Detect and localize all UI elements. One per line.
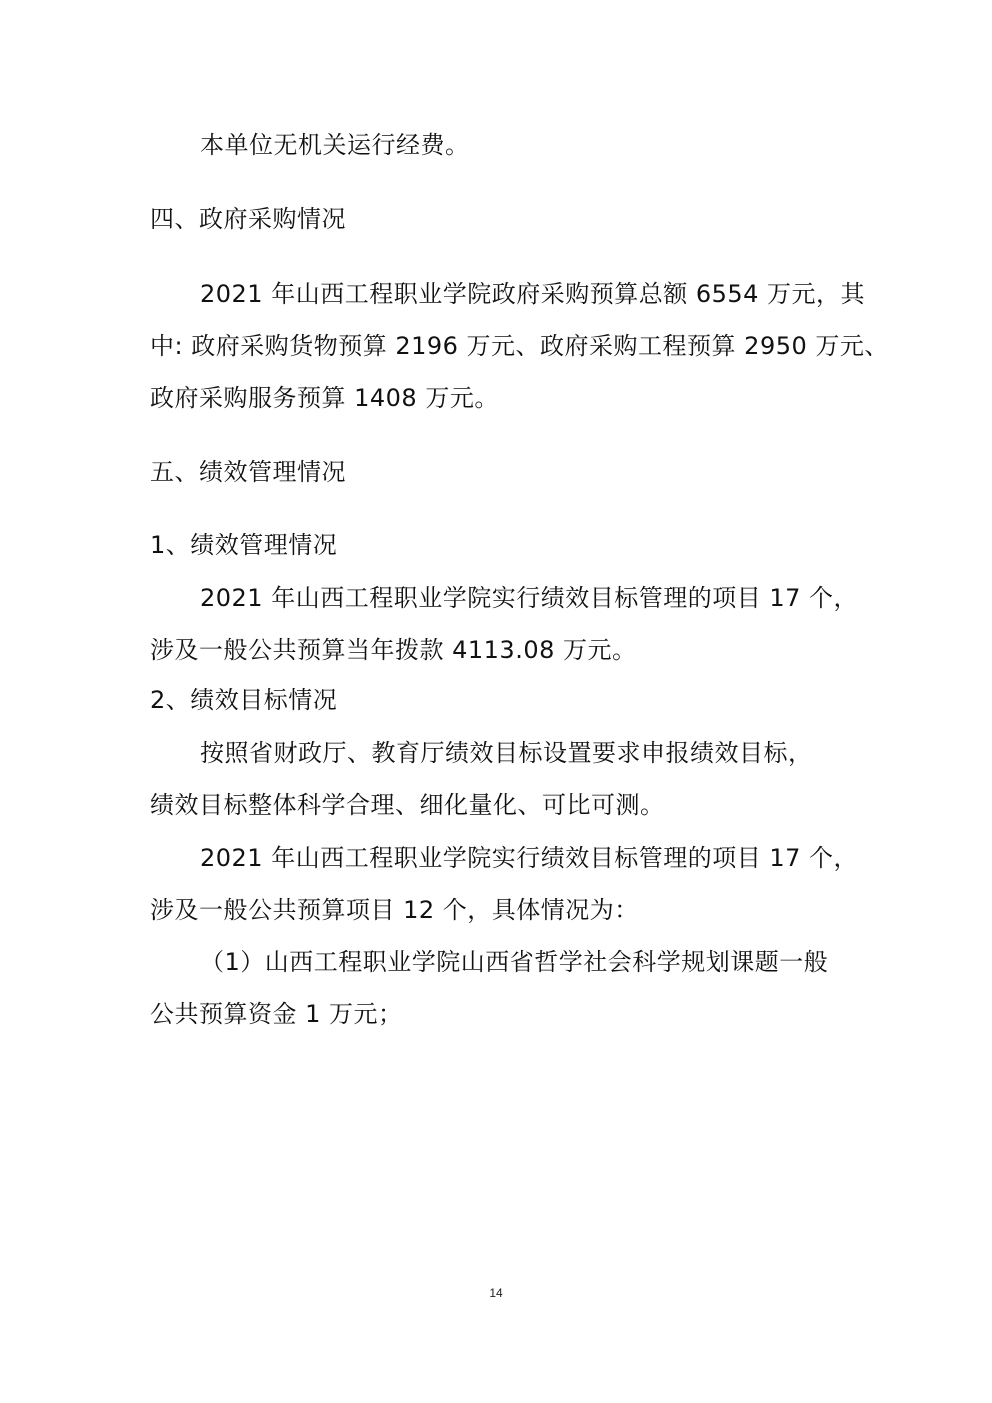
paragraph-targets-general-budget: 涉及一般公共预算项目 12 个，具体情况为：	[150, 894, 639, 926]
section-heading-performance-management: 五、绩效管理情况	[150, 456, 346, 488]
document-page: 本单位无机关运行经费。 四、政府采购情况 2021 年山西工程职业学院政府采购预…	[0, 0, 992, 1403]
paragraph-performance-appropriation: 涉及一般公共预算当年拨款 4113.08 万元。	[150, 634, 637, 666]
paragraph-targets-projects: 2021 年山西工程职业学院实行绩效目标管理的项目 17 个，	[200, 842, 858, 874]
list-item-1-text: （1）山西工程职业学院山西省哲学社会科学规划课题一般	[200, 946, 828, 978]
list-item-1-continuation: 公共预算资金 1 万元；	[150, 998, 403, 1030]
section-heading-government-procurement: 四、政府采购情况	[150, 203, 346, 235]
paragraph-performance-projects: 2021 年山西工程职业学院实行绩效目标管理的项目 17 个，	[200, 582, 858, 614]
paragraph-no-operating-expenses: 本单位无机关运行经费。	[200, 129, 470, 161]
paragraph-procurement-total: 2021 年山西工程职业学院政府采购预算总额 6554 万元，其	[200, 278, 865, 310]
subheading-performance-management: 1、绩效管理情况	[150, 529, 337, 561]
paragraph-procurement-breakdown: 中: 政府采购货物预算 2196 万元、政府采购工程预算 2950 万元、	[150, 330, 889, 362]
paragraph-targets-requirement: 按照省财政厅、教育厅绩效目标设置要求申报绩效目标，	[200, 737, 813, 769]
page-number: 14	[0, 1285, 992, 1301]
paragraph-targets-quality: 绩效目标整体科学合理、细化量化、可比可测。	[150, 789, 665, 821]
paragraph-procurement-services: 政府采购服务预算 1408 万元。	[150, 382, 499, 414]
subheading-performance-targets: 2、绩效目标情况	[150, 684, 337, 716]
